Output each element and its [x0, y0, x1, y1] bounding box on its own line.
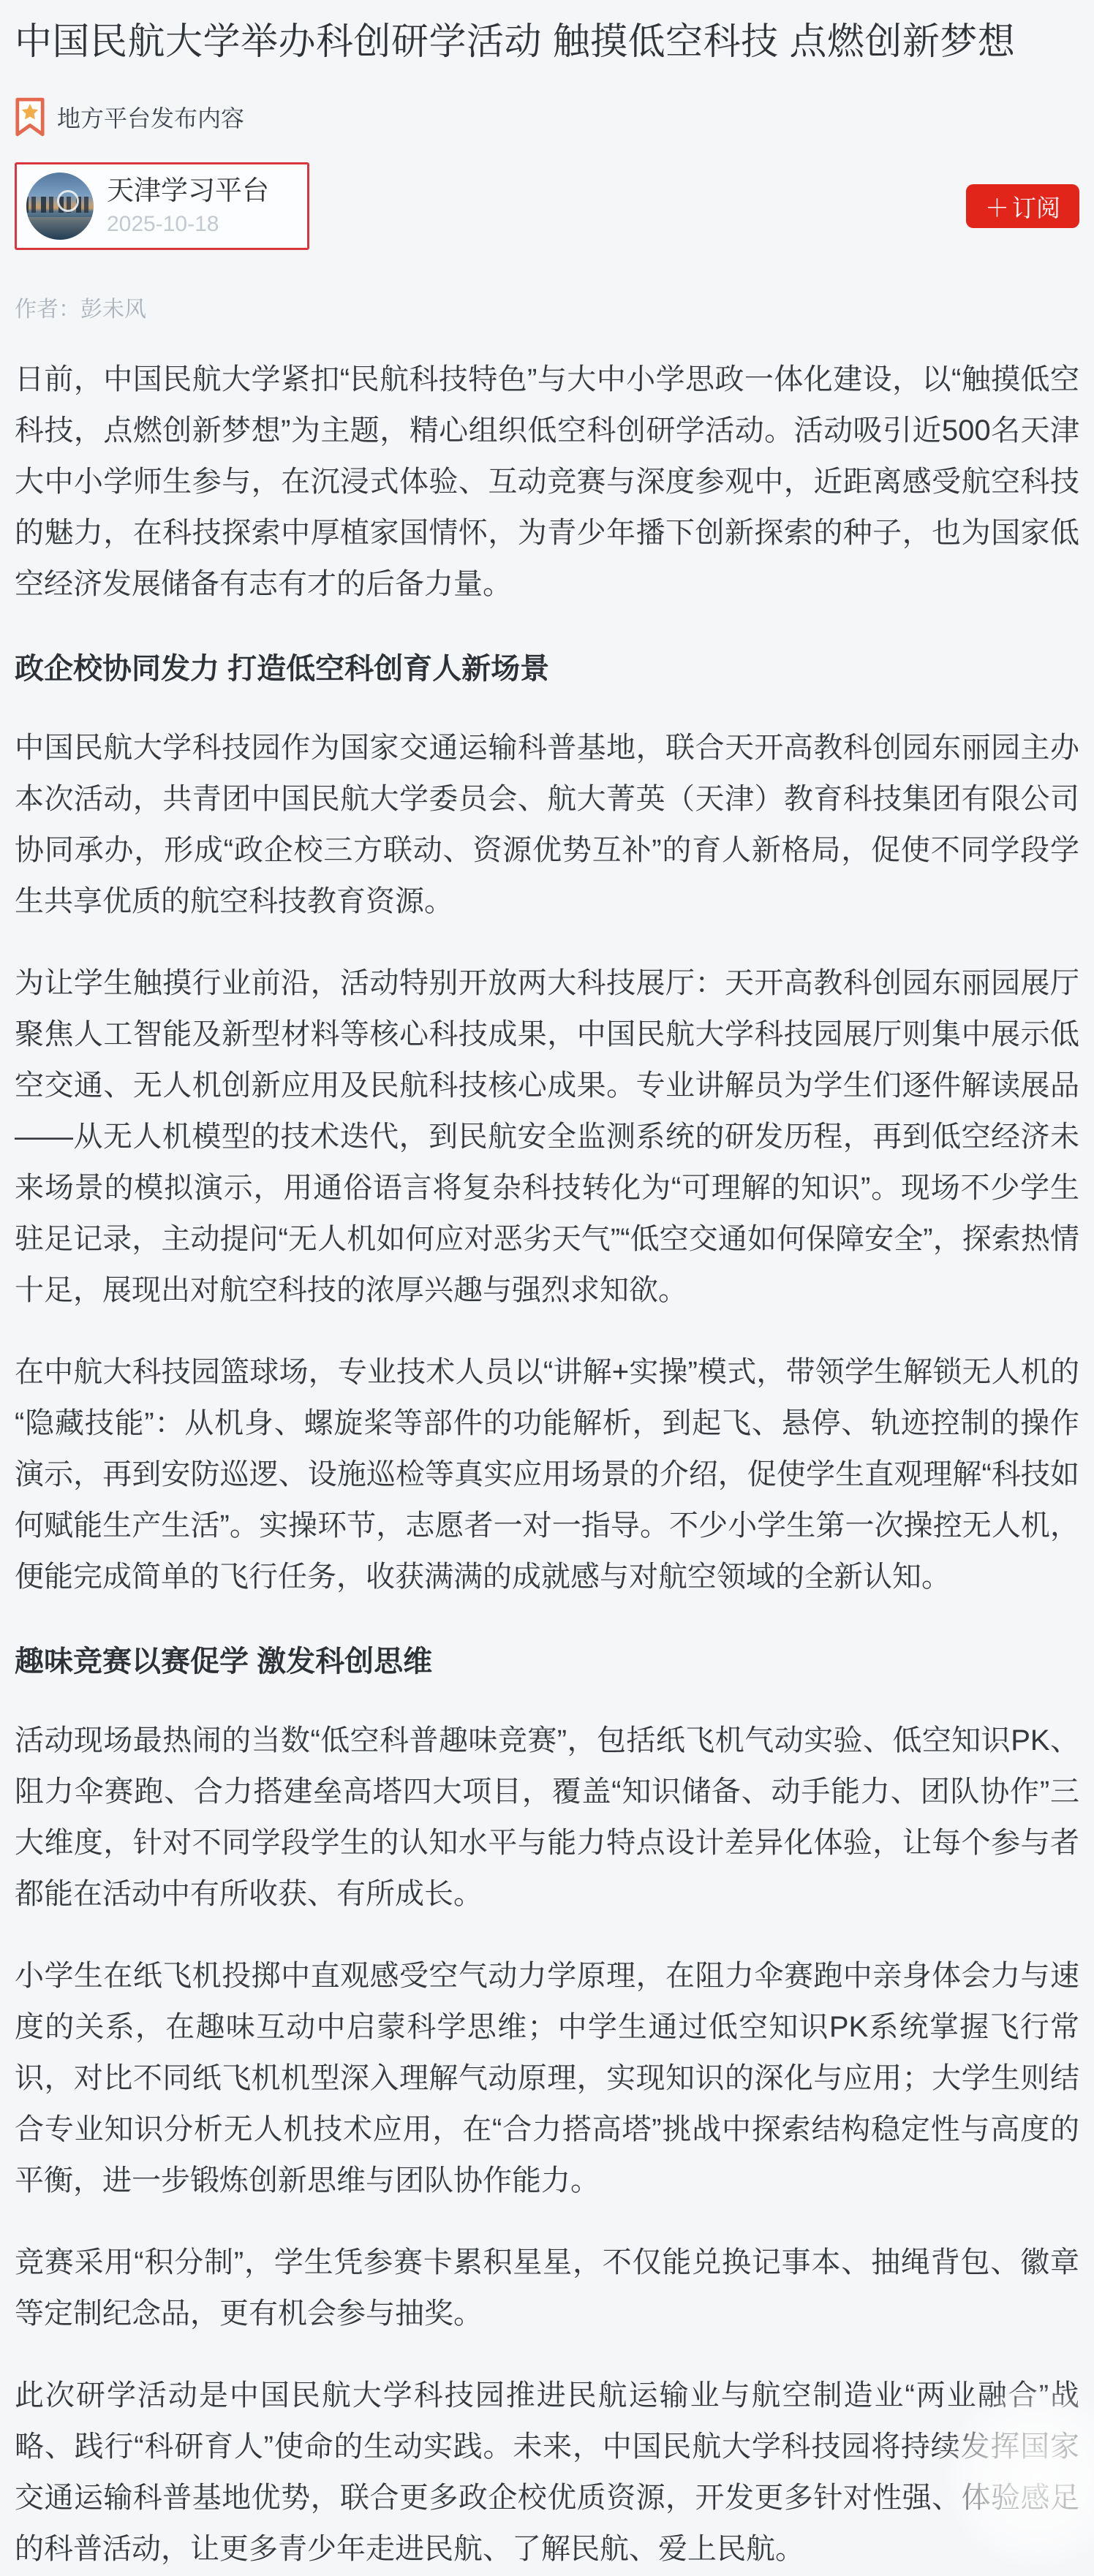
article-page: 中国民航大学举办科创研学活动 触摸低空科技 点燃创新梦想 地方平台发布内容 天津… [0, 0, 1094, 2576]
bookmark-star-icon [15, 96, 45, 137]
content-tag-label: 地方平台发布内容 [57, 100, 244, 134]
article-paragraph: 日前，中国民航大学紧扣“民航科技特色”与大中小学思政一体化建设，以“触摸低空科技… [15, 354, 1079, 610]
publisher-meta: 天津学习平台 2025-10-18 [107, 176, 269, 236]
avatar-water-reflection [26, 217, 94, 240]
content-tag: 地方平台发布内容 [15, 96, 1079, 137]
plus-icon: ＋ [985, 189, 1009, 224]
publisher-row: 天津学习平台 2025-10-18 ＋ 订阅 [15, 162, 1079, 250]
article-paragraph: 中国民航大学科技园作为国家交通运输科普基地，联合天开高教科创园东丽园主办本次活动… [15, 722, 1079, 927]
article-paragraph: 竞赛采用“积分制”，学生凭参赛卡累积星星，不仅能兑换记事本、抽绳背包、徽章等定制… [15, 2237, 1079, 2339]
publisher-name: 天津学习平台 [107, 176, 269, 206]
article-paragraph: 小学生在纸飞机投掷中直观感受空气动力学原理，在阻力伞赛跑中亲身体会力与速度的关系… [15, 1950, 1079, 2206]
article-paragraph: 此次研学活动是中国民航大学科技园推进民航运输业与航空制造业“两业融合”战略、践行… [15, 2370, 1079, 2575]
section-heading: 政企校协同发力 打造低空科创育人新场景 [15, 646, 1079, 692]
article-paragraph: 为让学生触摸行业前沿，活动特别开放两大科技展厅：天开高教科创园东丽园展厅聚焦人工… [15, 958, 1079, 1316]
publisher-card[interactable]: 天津学习平台 2025-10-18 [15, 162, 309, 250]
publisher-avatar [26, 173, 94, 240]
publish-date: 2025-10-18 [107, 212, 269, 236]
article-title: 中国民航大学举办科创研学活动 触摸低空科技 点燃创新梦想 [15, 18, 1079, 66]
subscribe-label: 订阅 [1012, 189, 1060, 224]
article-paragraph: 在中航大科技园篮球场，专业技术人员以“讲解+实操”模式，带领学生解锁无人机的“隐… [15, 1346, 1079, 1602]
author-line: 作者：彭未风 [15, 291, 1079, 323]
article-paragraph: 活动现场最热闹的当数“低空科普趣味竞赛”，包括纸飞机气动实验、低空知识PK、阻力… [15, 1715, 1079, 1920]
article-body: 日前，中国民航大学紧扣“民航科技特色”与大中小学思政一体化建设，以“触摸低空科技… [15, 354, 1079, 2575]
section-heading: 趣味竞赛以赛促学 激发科创思维 [15, 1639, 1079, 1684]
subscribe-button[interactable]: ＋ 订阅 [966, 184, 1079, 228]
